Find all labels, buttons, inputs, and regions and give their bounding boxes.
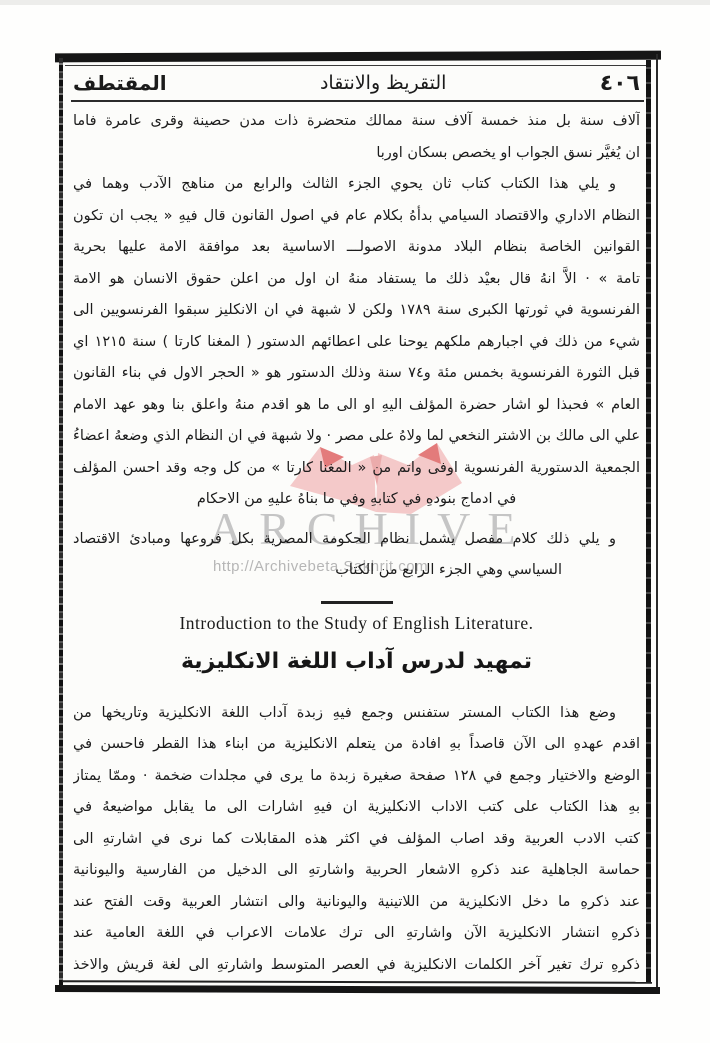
text-line: الوضع والاختيار وجمع في ١٢٨ صفحة صغيرة ز… [73, 761, 640, 793]
text-line: اقدم عهدهِ الى الآن قاصداً بهِ افادة من … [73, 729, 640, 761]
running-head: المقتطف التقريظ والانتقاد ٤٠٦ [73, 66, 640, 100]
text-line: شيء من ذلك في اجبارهم ملكهم يوحنا على اع… [73, 327, 640, 359]
text-line: القوانين الخاصة بنظام البلاد مدونة الاصو… [73, 232, 640, 264]
page-frame: ARCHIVE http://Archivebeta.Sakhrit.com ا… [57, 52, 658, 993]
text-line: و يلي هذا الكتاب كتاب ثان يحوي الجزء الث… [73, 169, 640, 201]
text-line: الجمعية الدستورية الفرنسوية اوفى واتم من… [73, 453, 640, 485]
text-line: قبل الثورة الفرنسوية بخمس مئة و٧٤ سنة وذ… [73, 358, 640, 390]
text-line: آلاف سنة بل منذ خمسة آلاف سنة ممالك متحض… [73, 106, 640, 138]
page-border-bottom-thick [55, 985, 660, 994]
text-line: النظام الاداري والاقتصاد السيامي بدأهُ ب… [73, 201, 640, 233]
page-border-top [55, 51, 661, 63]
text-line: وضع هذا الكتاب المستر ستفنس وجمع فيهِ زب… [73, 698, 640, 730]
section-divider [321, 601, 393, 604]
page-border-left [59, 58, 63, 985]
header-rule [71, 100, 644, 102]
text-line: تامة » · الاَّ انهُ قال بعيْد ذلك ما يست… [73, 264, 640, 296]
text-line: ذكرهِ انتشار الانكليزية الآن واشارتهِ ال… [73, 918, 640, 950]
text-line: حماسة الجاهلية عند ذكرهِ الاشعار الحربية… [73, 855, 640, 887]
page-border-right-inner [646, 60, 651, 983]
text-line: علي الى مالك بن الاشتر النخعي لما ولاهُ … [73, 421, 640, 453]
english-section-heading: Introduction to the Study of English Lit… [73, 610, 640, 636]
text-line: بهِ هذا الكتاب على كتب الاداب الانكليزية… [73, 792, 640, 824]
page-body: آلاف سنة بل منذ خمسة آلاف سنة ممالك متحض… [73, 106, 640, 981]
magazine-name: المقتطف [73, 71, 167, 95]
arabic-section-heading: تمهيد لدرس آداب اللغة الانكليزية [73, 640, 640, 684]
text-line: ذكرهِ ترك تغير آخر الكلمات الانكليزية في… [73, 950, 640, 982]
text-line: كتب الادب العربية وقد اصاب المؤلف في اكث… [73, 824, 640, 856]
text-line: و يلي ذلك كلام مفصل يشمل نظام الحكومة ال… [73, 524, 640, 556]
text-line: عند ذكرهِ ما دخل الانكليزية من اللاتينية… [73, 887, 640, 919]
text-line: العام » فحبذا لو اشار حضرة المؤلف اليهِ … [73, 390, 640, 422]
page-border-right-outer [656, 54, 658, 991]
text-line: الفرنسوية في ثورتها الكبرى سنة ١٧٨٩ ولكن… [73, 295, 640, 327]
section-title: التقريظ والانتقاد [320, 72, 446, 94]
text-line: السياسي وهي الجزء الرابع من الكتاب [73, 555, 640, 587]
page-number: ٤٠٦ [600, 71, 640, 96]
text-line: في ادماج بنودهِ في كتابهِ وفي ما بناهُ ع… [73, 484, 640, 516]
text-line: ان يُغيَّر نسق الجواب او يخصص بسكان اورب… [73, 138, 640, 170]
